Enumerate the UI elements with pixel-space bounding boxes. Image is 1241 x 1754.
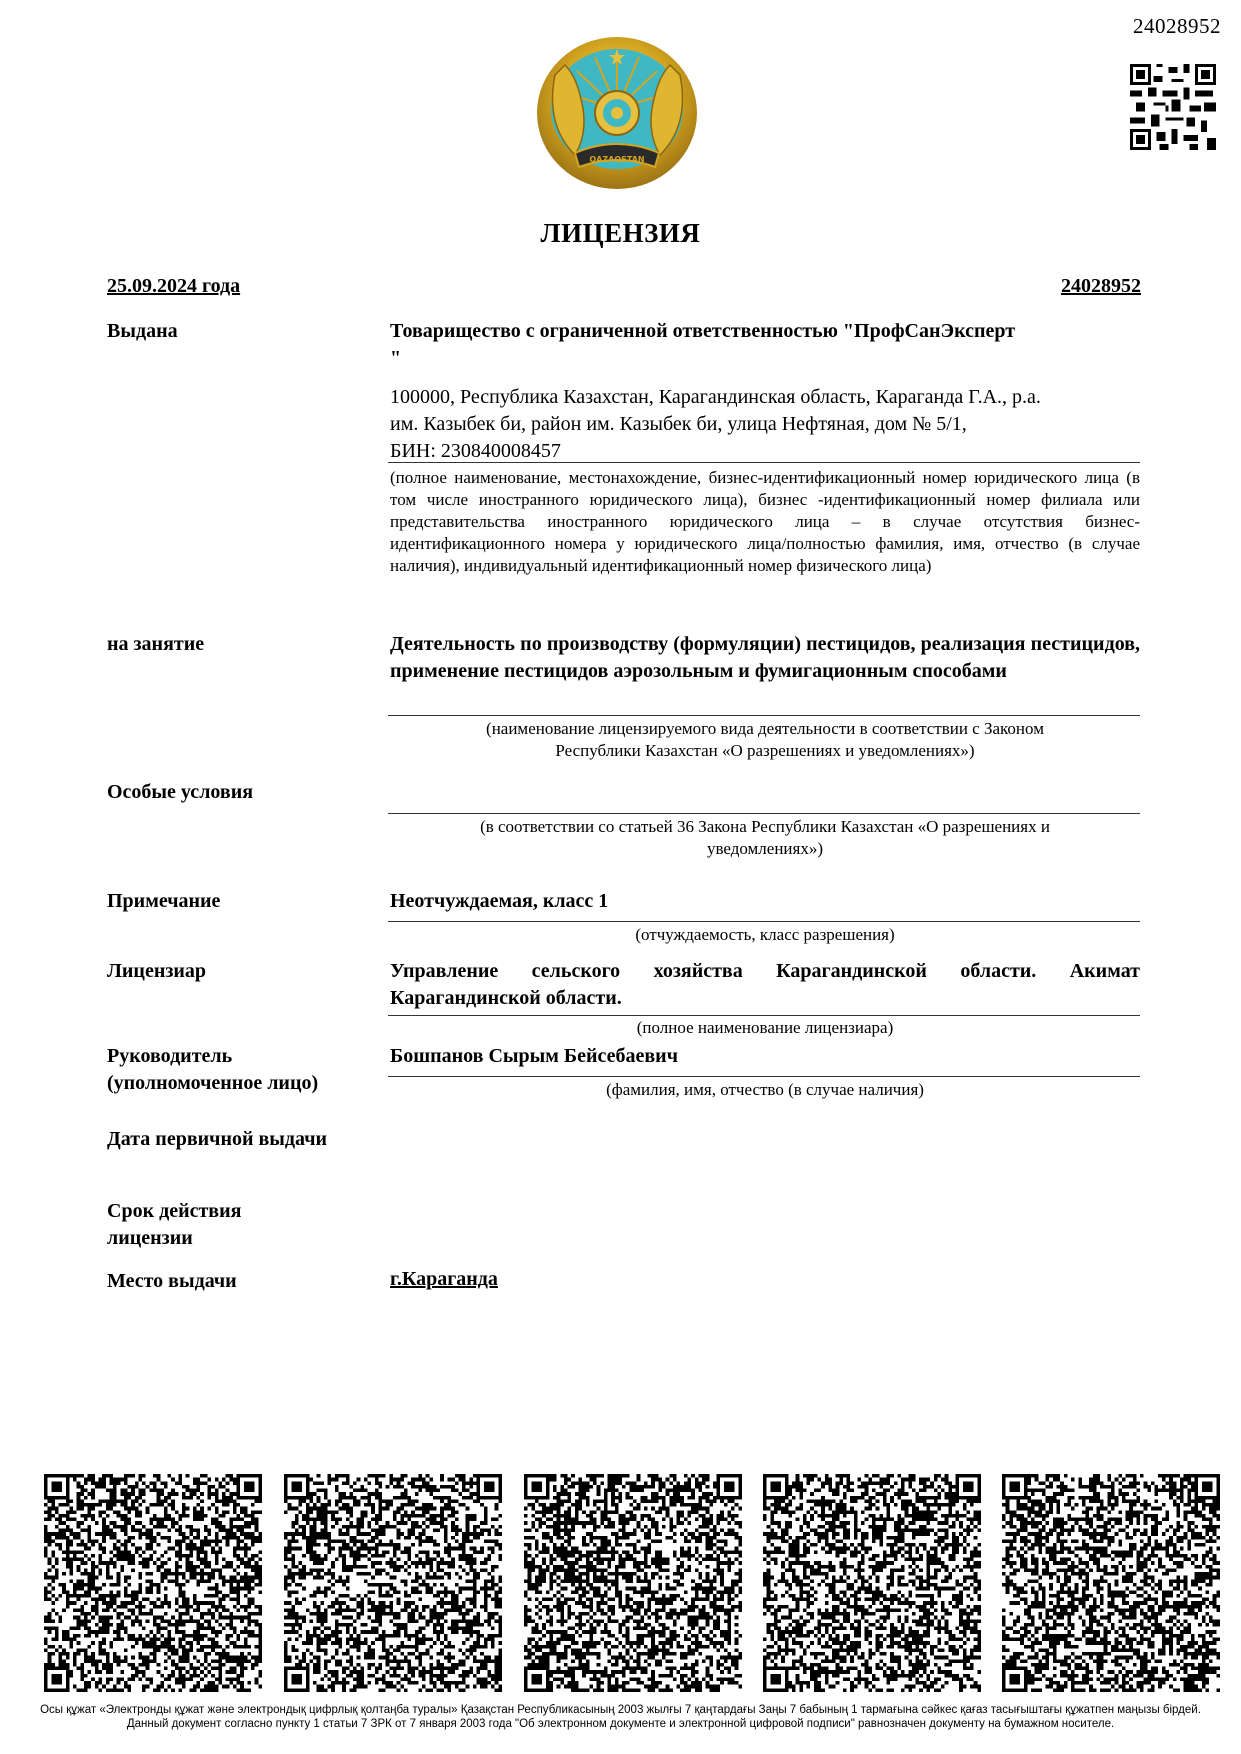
note-label: Примечание bbox=[107, 888, 220, 915]
activity-value: Деятельность по производству (формуляции… bbox=[390, 631, 1140, 685]
signature-qr-row bbox=[0, 1474, 1241, 1694]
licensor-hint: (полное наименование лицензиара) bbox=[390, 1017, 1140, 1039]
note-value: Неотчуждаемая, класс 1 bbox=[390, 888, 1140, 915]
legal-footer: Осы құжат «Электронды құжат және электро… bbox=[0, 1703, 1241, 1731]
activity-hint: (наименование лицензируемого вида деятел… bbox=[390, 718, 1140, 762]
activity-label: на занятие bbox=[107, 631, 204, 658]
note-hint: (отчуждаемость, класс разрешения) bbox=[390, 924, 1140, 946]
divider bbox=[388, 1015, 1140, 1016]
qr-code-icon bbox=[1130, 64, 1216, 150]
issued-to-name: Товарищество с ограниченной ответственно… bbox=[390, 318, 1140, 372]
qr-code-icon bbox=[522, 1474, 744, 1692]
bin-number: БИН: 230840008457 bbox=[390, 438, 1140, 465]
license-number: 24028952 bbox=[1061, 275, 1141, 298]
special-conditions-hint-line2: уведомлениях») bbox=[390, 838, 1140, 860]
divider bbox=[388, 813, 1140, 814]
divider bbox=[388, 462, 1140, 463]
issued-to-address: 100000, Республика Казахстан, Карагандин… bbox=[390, 384, 1140, 465]
footer-ru: Данный документ согласно пункту 1 статьи… bbox=[0, 1717, 1241, 1731]
first-issue-date-label: Дата первичной выдачи bbox=[107, 1126, 327, 1153]
footer-kz: Осы құжат «Электронды құжат және электро… bbox=[0, 1703, 1241, 1717]
issue-date: 25.09.2024 года bbox=[107, 275, 240, 298]
licensor-label: Лицензиар bbox=[107, 958, 206, 985]
document-number-top: 24028952 bbox=[1133, 14, 1221, 39]
head-value: Бошпанов Сырым Бейсебаевич bbox=[390, 1043, 1140, 1070]
divider bbox=[388, 1076, 1140, 1077]
divider bbox=[388, 715, 1140, 716]
issued-to-label: Выдана bbox=[107, 318, 178, 345]
activity-hint-line1: (наименование лицензируемого вида деятел… bbox=[390, 718, 1140, 740]
special-conditions-hint-line1: (в соответствии со статьей 36 Закона Рес… bbox=[390, 816, 1140, 838]
head-label-line2: (уполномоченное лицо) bbox=[107, 1070, 318, 1097]
validity-label-line1: Срок действия bbox=[107, 1198, 241, 1225]
head-label: Руководитель (уполномоченное лицо) bbox=[107, 1043, 318, 1097]
qr-code-icon bbox=[761, 1474, 983, 1692]
validity-label-line2: лицензии bbox=[107, 1225, 241, 1252]
issued-to-name-line2: " bbox=[390, 345, 1140, 372]
document-title: ЛИЦЕНЗИЯ bbox=[0, 218, 1241, 249]
head-hint: (фамилия, имя, отчество (в случае наличи… bbox=[390, 1079, 1140, 1101]
issued-to-hint: (полное наименование, местонахождение, б… bbox=[390, 467, 1140, 577]
address-line2: им. Казыбек би, район им. Казыбек би, ул… bbox=[390, 411, 1140, 438]
place-value: г.Караганда bbox=[390, 1266, 1140, 1293]
kazakhstan-emblem-icon: QAZAQSTAN bbox=[535, 35, 700, 190]
divider bbox=[388, 921, 1140, 922]
licensor-value: Управление сельского хозяйства Караганди… bbox=[390, 958, 1140, 1012]
head-label-line1: Руководитель bbox=[107, 1043, 318, 1070]
address-line1: 100000, Республика Казахстан, Карагандин… bbox=[390, 384, 1140, 411]
activity-hint-line2: Республики Казахстан «О разрешениях и ув… bbox=[390, 740, 1140, 762]
qr-code-icon bbox=[282, 1474, 504, 1692]
qr-code-icon bbox=[1000, 1474, 1222, 1692]
issued-to-name-line1: Товарищество с ограниченной ответственно… bbox=[390, 318, 1140, 345]
svg-text:QAZAQSTAN: QAZAQSTAN bbox=[589, 155, 644, 164]
special-conditions-hint: (в соответствии со статьей 36 Закона Рес… bbox=[390, 816, 1140, 860]
qr-code-icon bbox=[42, 1474, 264, 1692]
validity-label: Срок действия лицензии bbox=[107, 1198, 241, 1252]
place-label: Место выдачи bbox=[107, 1268, 237, 1295]
special-conditions-label: Особые условия bbox=[107, 779, 253, 806]
